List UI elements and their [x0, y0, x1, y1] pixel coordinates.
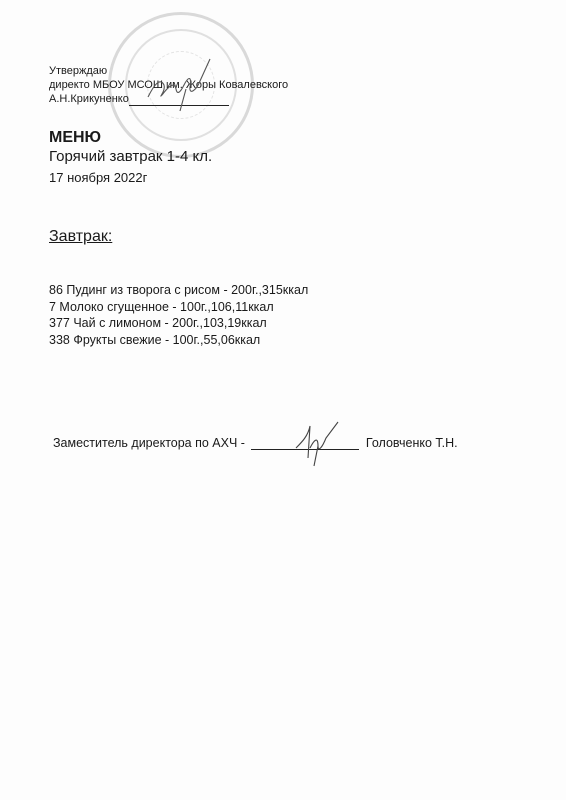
footer-signature-block: Заместитель директора по АХЧ - Головченк… — [53, 436, 458, 450]
menu-list: 86 Пудинг из творога с рисом - 200г.,315… — [49, 282, 308, 348]
page-subtitle: Горячий завтрак 1-4 кл. — [49, 148, 212, 165]
deputy-signature-icon — [292, 418, 342, 468]
menu-item: 338 Фрукты свежие - 100г.,55,06ккал — [49, 332, 308, 349]
section-title: Завтрак: — [49, 228, 112, 246]
footer-name: Головченко Т.Н. — [366, 436, 458, 450]
footer-position: Заместитель директора по АХЧ - — [53, 436, 245, 450]
menu-item: 7 Молоко сгущенное - 100г.,106,11ккал — [49, 299, 308, 316]
menu-item: 86 Пудинг из творога с рисом - 200г.,315… — [49, 282, 308, 299]
menu-date: 17 ноября 2022г — [49, 170, 147, 185]
director-signature-icon — [140, 55, 220, 115]
menu-item: 377 Чай с лимоном - 200г.,103,19ккал — [49, 315, 308, 332]
page-title: МЕНЮ — [49, 129, 101, 147]
